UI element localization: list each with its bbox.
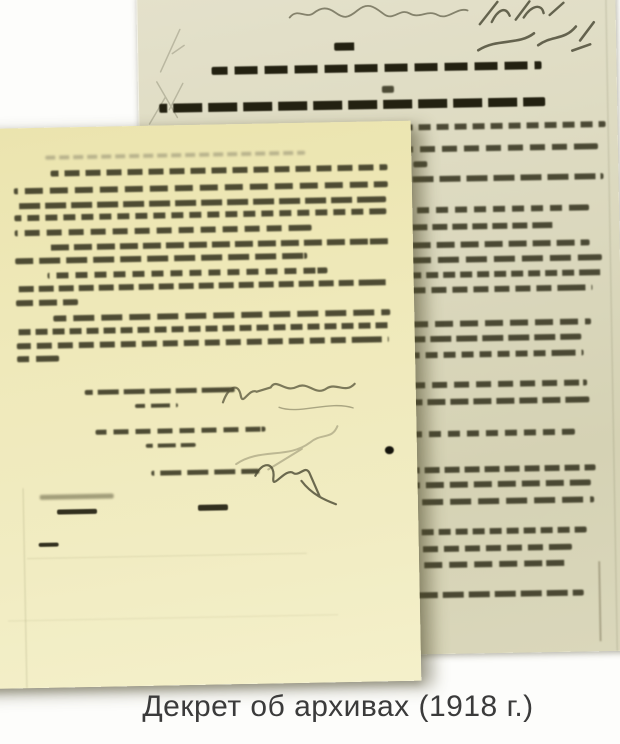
text-line bbox=[392, 379, 587, 388]
text-line bbox=[396, 590, 584, 599]
text-line bbox=[17, 336, 389, 349]
text-line bbox=[14, 181, 388, 194]
paper-crease bbox=[23, 488, 28, 688]
text-line bbox=[395, 560, 567, 569]
document-page-front bbox=[0, 121, 421, 690]
ink-dot bbox=[385, 446, 394, 454]
signature-chairman bbox=[218, 366, 359, 419]
text-line bbox=[393, 429, 575, 438]
text-line bbox=[389, 204, 589, 213]
caption: Декрет об архивах (1918 г.) bbox=[28, 690, 620, 730]
text-line bbox=[395, 526, 587, 535]
text-line bbox=[57, 509, 97, 515]
text-line bbox=[40, 493, 114, 499]
text-line bbox=[395, 544, 572, 553]
paper-crease bbox=[8, 614, 338, 621]
text-line bbox=[47, 238, 389, 251]
text-line bbox=[14, 196, 386, 209]
text-line bbox=[391, 318, 591, 327]
text-line bbox=[16, 299, 78, 306]
text-line bbox=[392, 349, 584, 358]
text-line bbox=[16, 279, 388, 292]
text-line bbox=[212, 61, 542, 75]
text-line bbox=[17, 322, 391, 335]
text-line bbox=[334, 42, 360, 50]
text-line bbox=[392, 396, 589, 405]
text-line bbox=[391, 334, 581, 343]
pencil-marks bbox=[138, 23, 200, 134]
text-line bbox=[382, 86, 394, 93]
text-line bbox=[39, 543, 59, 547]
text-line bbox=[50, 164, 387, 176]
text-line bbox=[390, 239, 590, 248]
signature-secretary bbox=[245, 446, 346, 510]
paper-crease bbox=[598, 561, 601, 641]
text-line bbox=[390, 269, 603, 279]
text-line bbox=[390, 254, 602, 264]
text-line bbox=[17, 356, 59, 363]
text-line bbox=[14, 208, 386, 221]
text-line bbox=[146, 443, 196, 448]
text-line bbox=[45, 151, 305, 160]
text-line bbox=[394, 479, 591, 488]
paper-crease bbox=[27, 553, 307, 559]
text-line bbox=[413, 161, 427, 167]
paper-edge-line bbox=[605, 0, 618, 651]
text-line bbox=[388, 173, 603, 183]
text-line bbox=[198, 504, 228, 511]
text-line bbox=[15, 253, 307, 265]
text-line bbox=[389, 222, 554, 231]
text-line bbox=[388, 143, 598, 153]
text-line bbox=[135, 403, 178, 408]
text-line bbox=[53, 309, 390, 321]
photo-of-documents: Декрет об архивах (1918 г.) bbox=[0, 0, 620, 744]
text-line bbox=[47, 267, 327, 278]
handwritten-annotation-top bbox=[287, 0, 469, 28]
text-line bbox=[15, 225, 312, 237]
text-line bbox=[390, 284, 592, 294]
text-line bbox=[85, 387, 235, 395]
text-line bbox=[388, 121, 606, 131]
text-line bbox=[159, 97, 545, 113]
text-line bbox=[394, 496, 594, 505]
text-line bbox=[394, 464, 596, 474]
handwritten-number-annotation bbox=[471, 0, 598, 68]
